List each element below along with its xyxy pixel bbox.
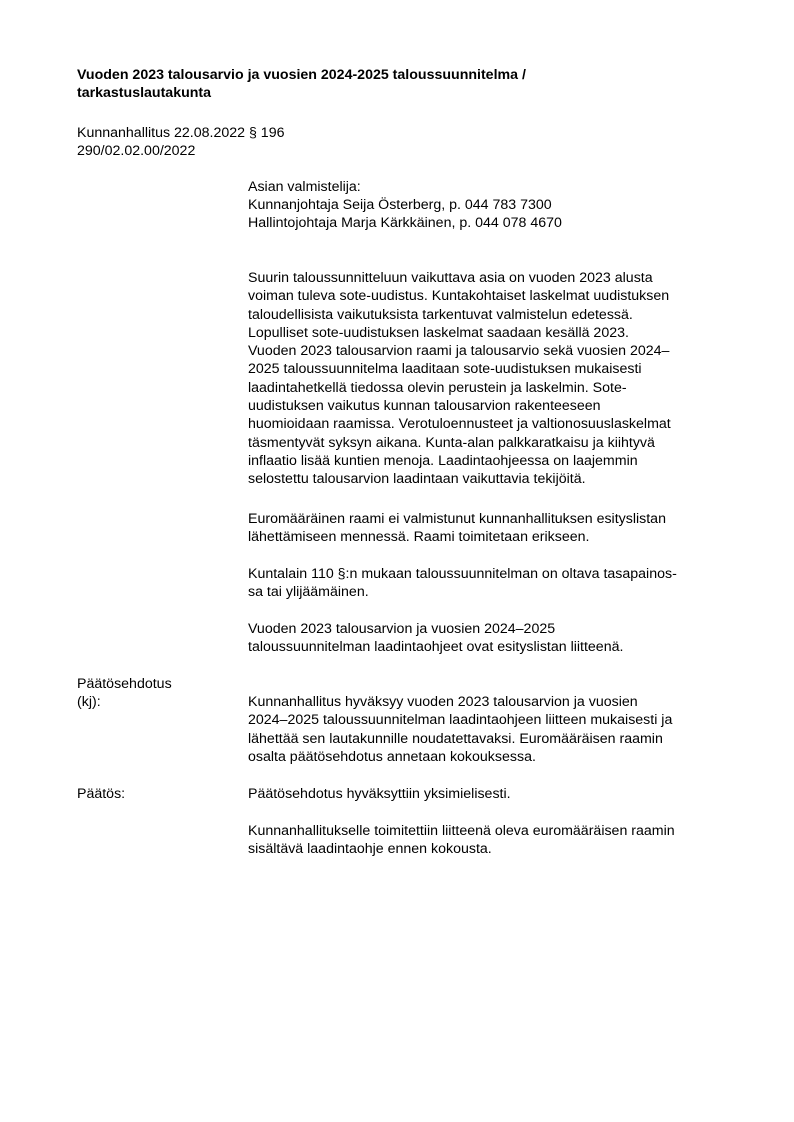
text-line: huomioidaan raamissa. Verotuloennusteet …	[248, 415, 748, 433]
text-line: täsmentyvät syksyn aikana. Kunta-alan pa…	[248, 434, 748, 452]
label-line: (kj):	[77, 693, 172, 711]
label-line: Päätösehdotus	[77, 675, 172, 693]
title-line: Vuoden 2023 talousarvio ja vuosien 2024-…	[77, 66, 757, 84]
text-line: sa tai ylijäämäinen.	[248, 583, 748, 601]
text-line: uudistuksen vaikutus kunnan talousarvion…	[248, 397, 748, 415]
text-line: voiman tuleva sote-uudistus. Kuntakohtai…	[248, 287, 748, 305]
preparer-line: Hallintojohtaja Marja Kärkkäinen, p. 044…	[248, 214, 748, 232]
text-line: Kunnanhallitus hyväksyy vuoden 2023 talo…	[248, 693, 748, 711]
text-line: Suurin taloussunnitteluun vaikuttava asi…	[248, 269, 748, 287]
document-page: Vuoden 2023 talousarvio ja vuosien 2024-…	[0, 0, 794, 1122]
paragraph-1: Suurin taloussunnitteluun vaikuttava asi…	[248, 269, 748, 489]
text-line: taloussuunnitelman laadintaohjeet ovat e…	[248, 638, 748, 656]
proposal-text: Kunnanhallitus hyväksyy vuoden 2023 talo…	[248, 693, 748, 766]
text-line: Vuoden 2023 talousarvion raami ja talous…	[248, 342, 748, 360]
preparers-section: Asian valmistelija: Kunnanjohtaja Seija …	[248, 178, 748, 232]
text-line: lähettämiseen mennessä. Raami toimitetaa…	[248, 528, 748, 546]
text-line: Kunnanhallitukselle toimitettiin liittee…	[248, 822, 748, 840]
decision-label: Päätös:	[77, 785, 125, 803]
paragraph-2: Euromääräinen raami ei valmistunut kunna…	[248, 510, 748, 547]
label-line: Päätös:	[77, 785, 125, 803]
text-line: osalta päätösehdotus annetaan kokouksess…	[248, 748, 748, 766]
text-line: taloudellisista vaikutuksista tarkentuva…	[248, 306, 748, 324]
text-line: inflaatio lisää kuntien menoja. Laadinta…	[248, 452, 748, 470]
text-line: 2025 taloussuunnitelma laaditaan sote-uu…	[248, 360, 748, 378]
text-line: laadintahetkellä tiedossa olevin peruste…	[248, 379, 748, 397]
text-line: lähettää sen lautakunnille noudatettavak…	[248, 730, 748, 748]
decision-note: Kunnanhallitukselle toimitettiin liittee…	[248, 822, 748, 859]
text-line: Lopulliset sote-uudistuksen laskelmat sa…	[248, 324, 748, 342]
paragraph-3: Kuntalain 110 §:n mukaan taloussuunnitel…	[248, 565, 748, 602]
document-title: Vuoden 2023 talousarvio ja vuosien 2024-…	[77, 66, 757, 102]
text-line: Euromääräinen raami ei valmistunut kunna…	[248, 510, 748, 528]
meeting-reference: Kunnanhallitus 22.08.2022 § 196	[77, 124, 284, 142]
text-line: Kuntalain 110 §:n mukaan taloussuunnitel…	[248, 565, 748, 583]
text-line: Vuoden 2023 talousarvion ja vuosien 2024…	[248, 620, 748, 638]
record-number: 290/02.02.00/2022	[77, 142, 284, 160]
title-line: tarkastuslautakunta	[77, 84, 757, 102]
text-line: sisältävä laadintaohje ennen kokousta.	[248, 840, 748, 858]
text-line: Päätösehdotus hyväksyttiin yksimielisest…	[248, 785, 748, 803]
proposal-label: Päätösehdotus (kj):	[77, 675, 172, 712]
preparer-line: Kunnanjohtaja Seija Österberg, p. 044 78…	[248, 196, 748, 214]
preparers-heading: Asian valmistelija:	[248, 178, 748, 196]
text-line: 2024–2025 taloussuunnitelman laadintaohj…	[248, 711, 748, 729]
meeting-info: Kunnanhallitus 22.08.2022 § 196 290/02.0…	[77, 124, 284, 160]
decision-text: Päätösehdotus hyväksyttiin yksimielisest…	[248, 785, 748, 803]
paragraph-4: Vuoden 2023 talousarvion ja vuosien 2024…	[248, 620, 748, 657]
text-line: selostettu talousarvion laadintaan vaiku…	[248, 470, 748, 488]
